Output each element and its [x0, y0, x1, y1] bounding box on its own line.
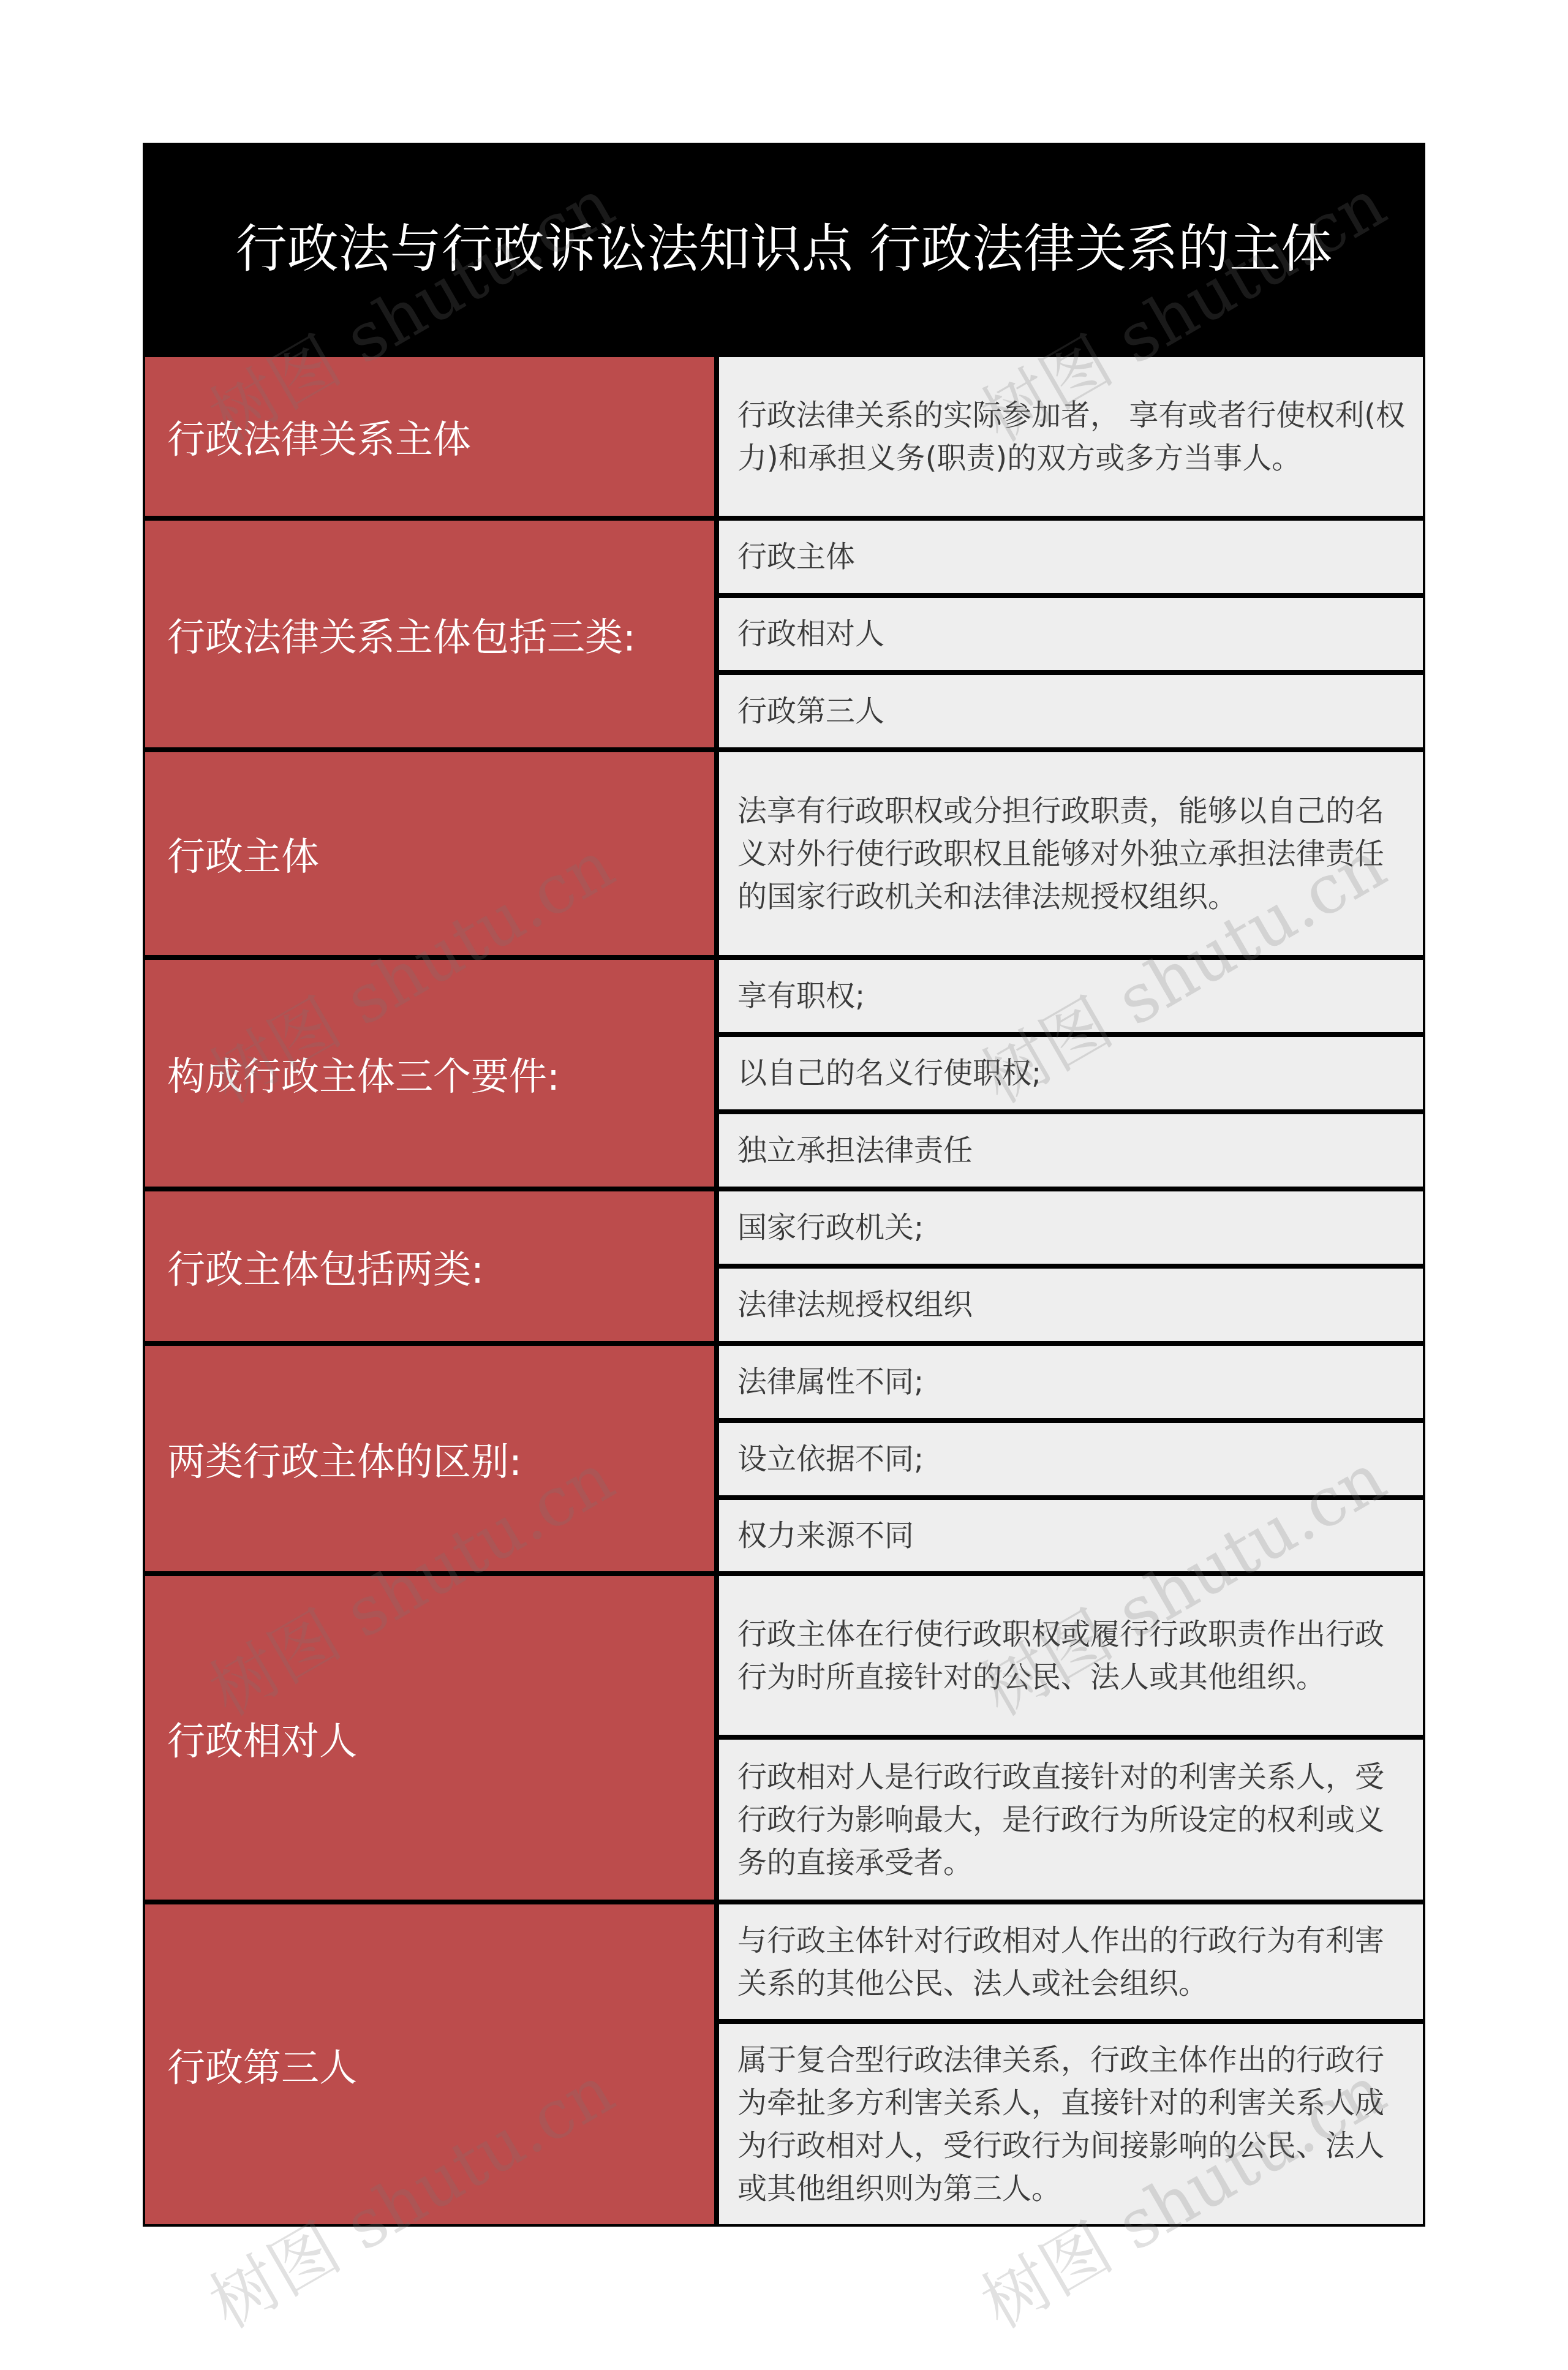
row-item: 法享有行政职权或分担行政职责，能够以自己的名义对外行使行政职权且能够对外独立承担…	[719, 752, 1423, 955]
row-item: 以自己的名义行使职权;	[719, 1037, 1423, 1109]
table-row: 构成行政主体三个要件: 享有职权; 以自己的名义行使职权; 独立承担法律责任	[143, 957, 1425, 1189]
page-title: 行政法与行政诉讼法知识点 行政法律关系的主体	[143, 143, 1425, 355]
table-row: 行政主体包括两类: 国家行政机关; 法律法规授权组织	[143, 1189, 1425, 1343]
table-row: 行政主体 法享有行政职权或分担行政职责，能够以自己的名义对外行使行政职权且能够对…	[143, 750, 1425, 957]
table-row: 行政法律关系主体包括三类: 行政主体 行政相对人 行政第三人	[143, 518, 1425, 750]
row-label: 两类行政主体的区别:	[145, 1346, 714, 1571]
row-item: 权力来源不同	[719, 1500, 1423, 1571]
row-item: 法律法规授权组织	[719, 1269, 1423, 1341]
row-item: 法律属性不同;	[719, 1346, 1423, 1418]
row-item: 享有职权;	[719, 960, 1423, 1032]
table-row: 行政相对人 行政主体在行使行政职权或履行行政职责作出行政行为时所直接针对的公民、…	[143, 1574, 1425, 1902]
row-item: 行政相对人是行政行政直接针对的利害关系人，受行政行为影响最大，是行政行为所设定的…	[719, 1740, 1423, 1900]
row-item: 设立依据不同;	[719, 1423, 1423, 1495]
row-item: 行政主体	[719, 521, 1423, 593]
row-label: 行政相对人	[145, 1576, 714, 1900]
row-label: 行政法律关系主体包括三类:	[145, 521, 714, 747]
row-label: 行政主体	[145, 752, 714, 955]
table-row: 两类行政主体的区别: 法律属性不同; 设立依据不同; 权力来源不同	[143, 1343, 1425, 1574]
row-item: 行政法律关系的实际参加者， 享有或者行使权利(权力)和承担义务(职责)的双方或多…	[719, 357, 1423, 516]
row-item: 国家行政机关;	[719, 1191, 1423, 1264]
row-item: 行政第三人	[719, 675, 1423, 747]
row-label: 行政法律关系主体	[145, 357, 714, 516]
table-row: 行政第三人 与行政主体针对行政相对人作出的行政行为有利害关系的其他公民、法人或社…	[143, 1902, 1425, 2227]
knowledge-table: 行政法与行政诉讼法知识点 行政法律关系的主体 行政法律关系主体 行政法律关系的实…	[143, 143, 1425, 2227]
row-label: 构成行政主体三个要件:	[145, 960, 714, 1187]
row-item: 行政主体在行使行政职权或履行行政职责作出行政行为时所直接针对的公民、法人或其他组…	[719, 1576, 1423, 1735]
row-label: 行政主体包括两类:	[145, 1191, 714, 1341]
row-label: 行政第三人	[145, 1904, 714, 2224]
row-item: 行政相对人	[719, 598, 1423, 670]
table-row: 行政法律关系主体 行政法律关系的实际参加者， 享有或者行使权利(权力)和承担义务…	[143, 355, 1425, 518]
row-item: 独立承担法律责任	[719, 1114, 1423, 1187]
row-item: 属于复合型行政法律关系，行政主体作出的行政行为牵扯多方利害关系人，直接针对的利害…	[719, 2024, 1423, 2224]
row-item: 与行政主体针对行政相对人作出的行政行为有利害关系的其他公民、法人或社会组织。	[719, 1904, 1423, 2019]
